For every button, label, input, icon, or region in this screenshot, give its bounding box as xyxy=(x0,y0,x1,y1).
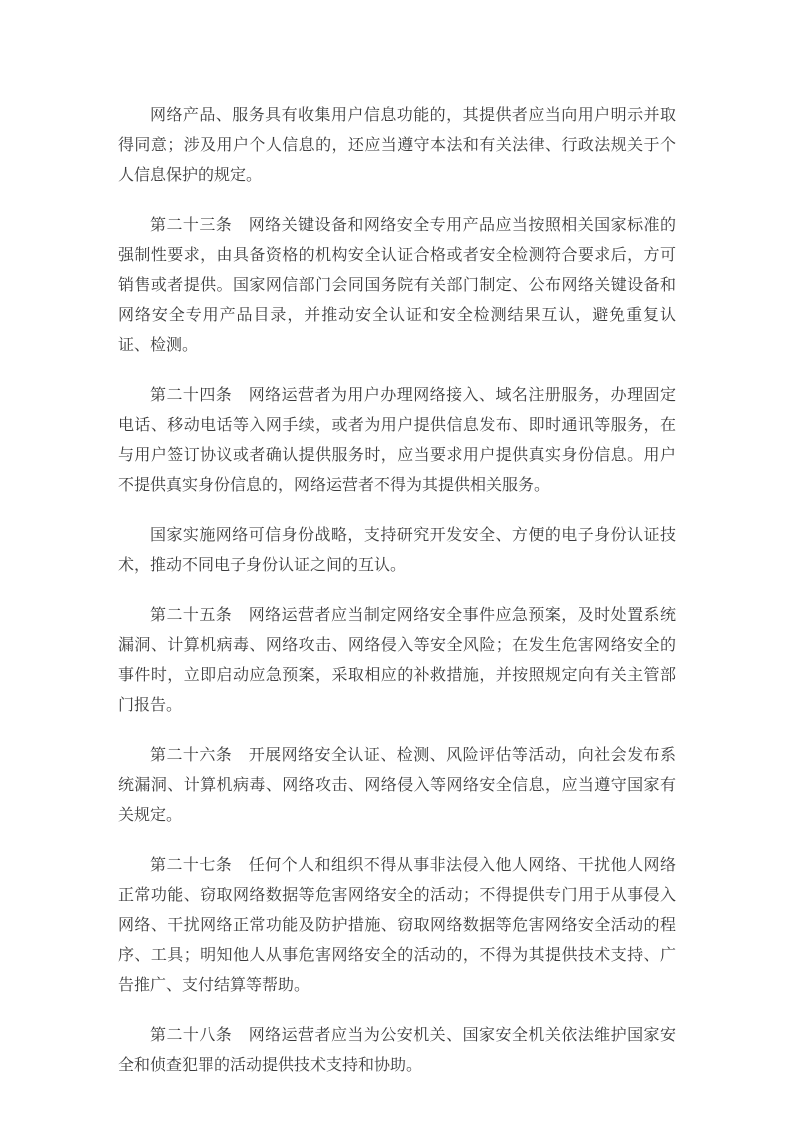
law-text-block: 网络产品、服务具有收集用户信息功能的，其提供者应当向用户明示并取得同意；涉及用户… xyxy=(0,0,793,1081)
paragraph-article-28: 第二十八条 网络运营者应当为公安机关、国家安全机关依法维护国家安全和侦查犯罪的活… xyxy=(118,1021,676,1081)
paragraph-article-26: 第二十六条 开展网络安全认证、检测、风险评估等活动，向社会发布系统漏洞、计算机病… xyxy=(118,741,676,831)
paragraph-article-23: 第二十三条 网络关键设备和网络安全专用产品应当按照相关国家标准的强制性要求，由具… xyxy=(118,211,676,361)
paragraph-article-27: 第二十七条 任何个人和组织不得从事非法侵入他人网络、干扰他人网络正常功能、窃取网… xyxy=(118,851,676,1001)
paragraph-user-info-consent: 网络产品、服务具有收集用户信息功能的，其提供者应当向用户明示并取得同意；涉及用户… xyxy=(118,101,676,191)
paragraph-article-25: 第二十五条 网络运营者应当制定网络安全事件应急预案，及时处置系统漏洞、计算机病毒… xyxy=(118,601,676,721)
paragraph-trusted-identity: 国家实施网络可信身份战略，支持研究开发安全、方便的电子身份认证技术，推动不同电子… xyxy=(118,521,676,581)
paragraph-article-24: 第二十四条 网络运营者为用户办理网络接入、域名注册服务，办理固定电话、移动电话等… xyxy=(118,381,676,501)
document-page: 网络产品、服务具有收集用户信息功能的，其提供者应当向用户明示并取得同意；涉及用户… xyxy=(0,0,793,1122)
